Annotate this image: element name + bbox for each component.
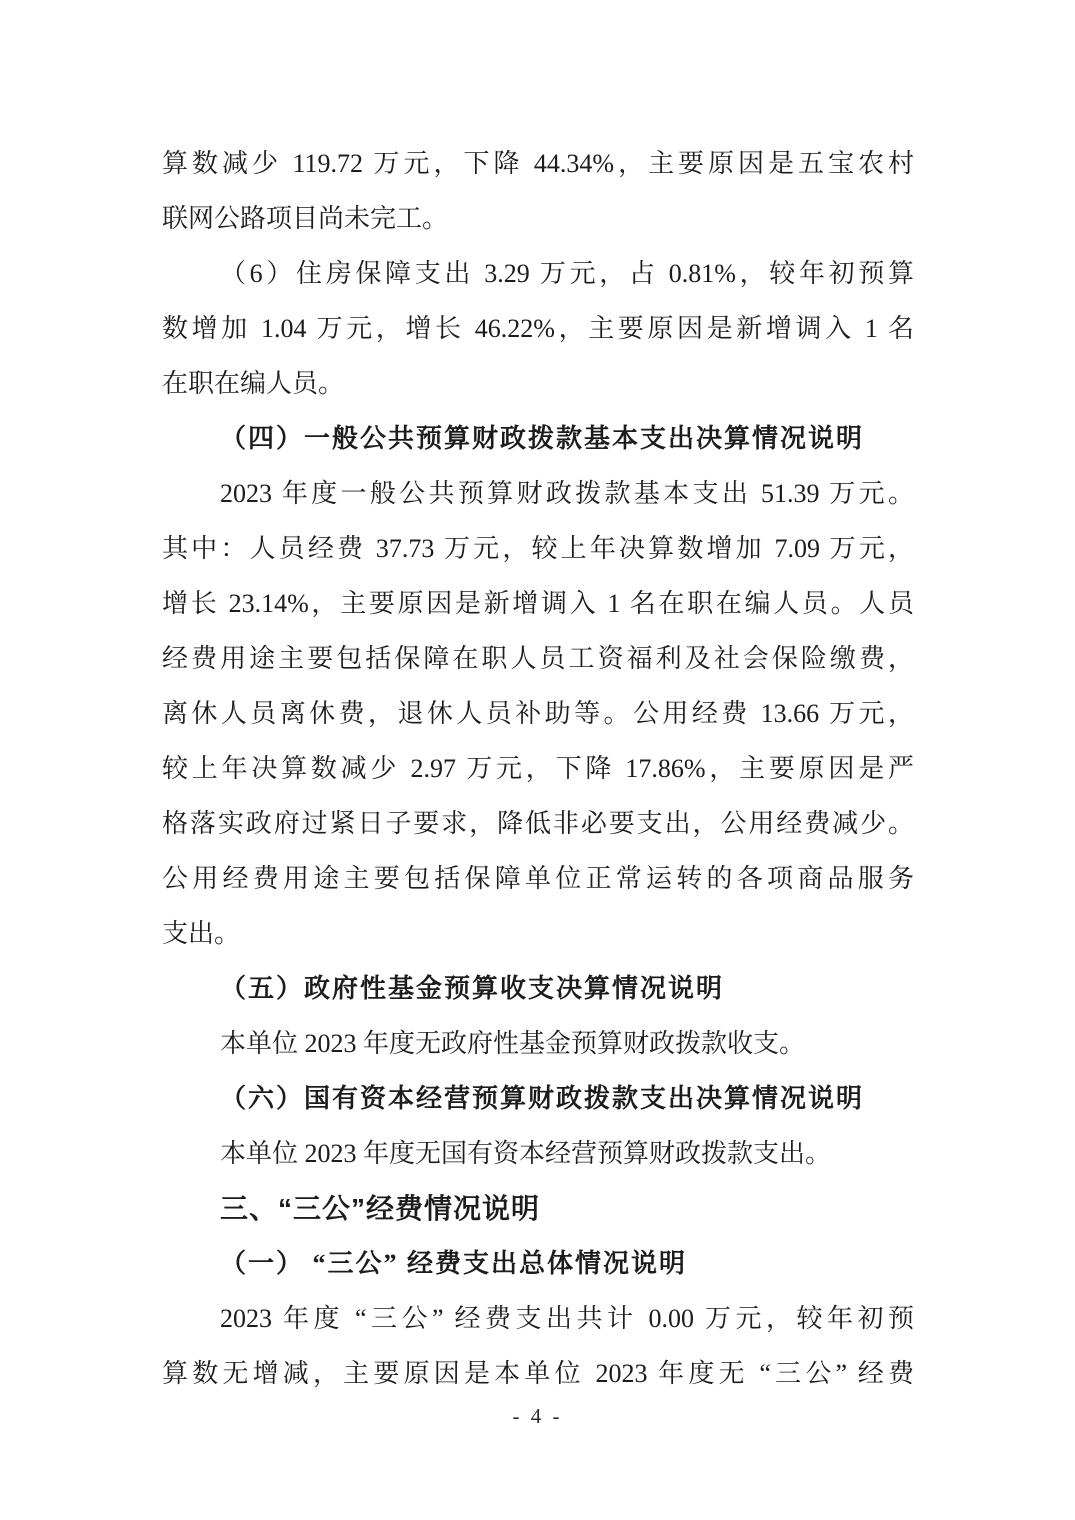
text-line: 经费用途主要包括保障在职人员工资福利及社会保险缴费，	[162, 631, 914, 686]
text-line: 2023 年度 “三公” 经费支出共计 0.00 万元，较年初预	[162, 1291, 914, 1346]
document-body: 算数减少 119.72 万元，下降 44.34%，主要原因是五宝农村 联网公路项…	[162, 136, 914, 1401]
section-heading-one: （一） “三公” 经费支出总体情况说明	[162, 1236, 914, 1291]
text-line: 本单位 2023 年度无政府性基金预算财政拨款收支。	[162, 1016, 914, 1071]
text-line: 增长 23.14%，主要原因是新增调入 1 名在职在编人员。人员	[162, 576, 914, 631]
text-line: 本单位 2023 年度无国有资本经营预算财政拨款支出。	[162, 1126, 914, 1181]
text-line: 支出。	[162, 906, 914, 961]
text-line: 离休人员离休费，退休人员补助等。公用经费 13.66 万元，	[162, 686, 914, 741]
text-line: 公用经费用途主要包括保障单位正常运转的各项商品服务	[162, 851, 914, 906]
text-line: 算数减少 119.72 万元，下降 44.34%，主要原因是五宝农村	[162, 136, 914, 191]
page-number: - 4 -	[0, 1398, 1075, 1434]
text-line: 算数无增减，主要原因是本单位 2023 年度无 “三公” 经费	[162, 1346, 914, 1401]
section-heading-four: （四）一般公共预算财政拨款基本支出决算情况说明	[162, 411, 914, 466]
section-heading-five: （五）政府性基金预算收支决算情况说明	[162, 961, 914, 1016]
chapter-heading-three: 三、“三公”经费情况说明	[162, 1181, 914, 1236]
text-line: 数增加 1.04 万元，增长 46.22%，主要原因是新增调入 1 名	[162, 301, 914, 356]
section-heading-six: （六）国有资本经营预算财政拨款支出决算情况说明	[162, 1071, 914, 1126]
text-line: 联网公路项目尚未完工。	[162, 191, 914, 246]
text-line: 较上年决算数减少 2.97 万元，下降 17.86%，主要原因是严	[162, 741, 914, 796]
text-line: 2023 年度一般公共预算财政拨款基本支出 51.39 万元。	[162, 466, 914, 521]
text-line: 其中：人员经费 37.73 万元，较上年决算数增加 7.09 万元，	[162, 521, 914, 576]
text-line: 格落实政府过紧日子要求，降低非必要支出，公用经费减少。	[162, 796, 914, 851]
text-line: 在职在编人员。	[162, 356, 914, 411]
text-line: （6）住房保障支出 3.29 万元，占 0.81%，较年初预算	[162, 246, 914, 301]
document-page: 算数减少 119.72 万元，下降 44.34%，主要原因是五宝农村 联网公路项…	[0, 0, 1075, 1520]
